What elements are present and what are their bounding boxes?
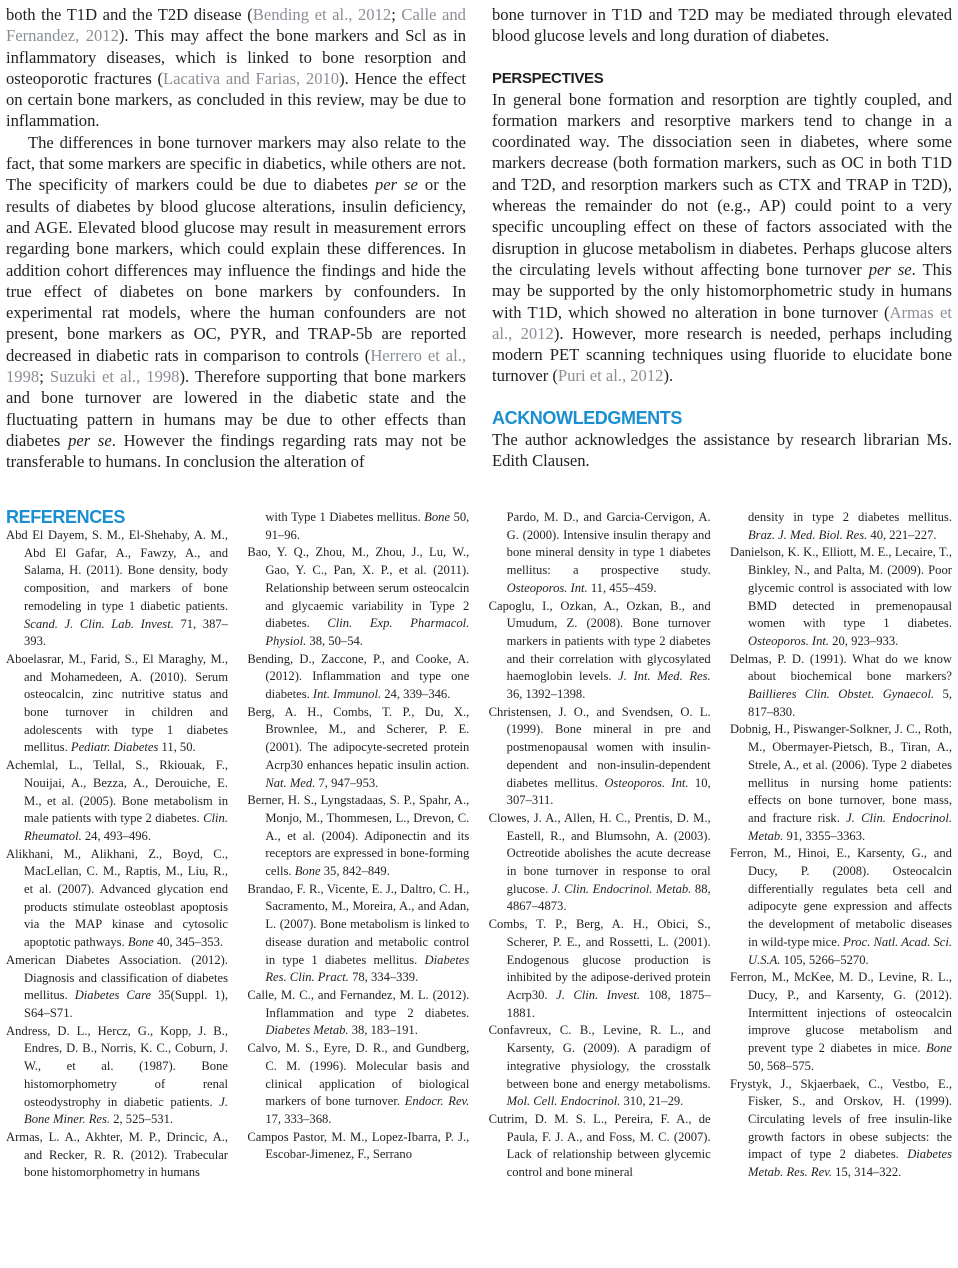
body-text-section: both the T1D and the T2D disease (Bendin…: [6, 4, 952, 473]
reference-entry: Calvo, M. S., Eyre, D. R., and Gundberg,…: [247, 1040, 469, 1129]
reference-entry: Achemlal, L., Tellal, S., Rkiouak, F., N…: [6, 757, 228, 846]
reference-entry: Combs, T. P., Berg, A. H., Obici, S., Sc…: [489, 916, 711, 1022]
citation-link[interactable]: Suzuki et al., 1998: [50, 367, 180, 386]
reference-entry: Bao, Y. Q., Zhou, M., Zhou, J., Lu, W., …: [247, 544, 469, 650]
references-section: REFERENCES Abd El Dayem, S. M., El-Sheha…: [6, 505, 952, 1182]
reference-entry: Campos Pastor, M. M., Lopez-Ibarra, P. J…: [247, 1129, 469, 1164]
perspectives-heading: PERSPECTIVES: [492, 68, 952, 89]
paragraph: The differences in bone turnover markers…: [6, 132, 466, 473]
reference-entry: Confavreux, C. B., Levine, R. L., and Ka…: [489, 1022, 711, 1111]
reference-entry: Abd El Dayem, S. M., El-Shehaby, A. M., …: [6, 527, 228, 651]
reference-entry: Aboelasrar, M., Farid, S., El Maraghy, M…: [6, 651, 228, 757]
reference-entry: Capoglu, I., Ozkan, A., Ozkan, B., and U…: [489, 598, 711, 704]
references-column-2: with Type 1 Diabetes mellitus. Bone 50, …: [247, 505, 469, 1182]
reference-entry: Dobnig, H., Piswanger-Solkner, J. C., Ro…: [730, 721, 952, 845]
reference-entry: Christensen, J. O., and Svendsen, O. L. …: [489, 704, 711, 810]
reference-entry: Berg, A. H., Combs, T. P., Du, X., Brown…: [247, 704, 469, 793]
citation-link[interactable]: Puri et al., 2012: [558, 366, 664, 385]
left-column: both the T1D and the T2D disease (Bendin…: [6, 4, 466, 473]
reference-continuation: Pardo, M. D., and Garcia-Cervigon, A. G.…: [489, 509, 711, 598]
reference-entry: Andress, D. L., Hercz, G., Kopp, J. B., …: [6, 1023, 228, 1129]
reference-entry: American Diabetes Association. (2012). D…: [6, 952, 228, 1023]
citation-link[interactable]: Bending et al., 2012: [253, 5, 391, 24]
reference-entry: Delmas, P. D. (1991). What do we know ab…: [730, 651, 952, 722]
paragraph: bone turnover in T1D and T2D may be medi…: [492, 4, 952, 47]
reference-entry: Alikhani, M., Alikhani, Z., Boyd, C., Ma…: [6, 846, 228, 952]
reference-entry: Armas, L. A., Akhter, M. P., Drincic, A.…: [6, 1129, 228, 1182]
reference-entry: Clowes, J. A., Allen, H. C., Prentis, D.…: [489, 810, 711, 916]
reference-entry: Frystyk, J., Skjaerbaek, C., Vestbo, E.,…: [730, 1076, 952, 1182]
references-column-3: Pardo, M. D., and Garcia-Cervigon, A. G.…: [489, 505, 711, 1182]
references-heading: REFERENCES: [6, 505, 228, 529]
references-column-4: density in type 2 diabetes mellitus. Bra…: [730, 505, 952, 1182]
reference-continuation: with Type 1 Diabetes mellitus. Bone 50, …: [247, 509, 469, 544]
reference-entry: Brandao, F. R., Vicente, E. J., Daltro, …: [247, 881, 469, 987]
acknowledgments-text: The author acknowledges the assistance b…: [492, 429, 952, 472]
acknowledgments-heading: ACKNOWLEDGMENTS: [492, 407, 952, 429]
reference-entry: Cutrim, D. M. S. L., Pereira, F. A., de …: [489, 1111, 711, 1182]
reference-entry: Ferron, M., McKee, M. D., Levine, R. L.,…: [730, 969, 952, 1075]
paragraph: both the T1D and the T2D disease (Bendin…: [6, 4, 466, 132]
reference-entry: Ferron, M., Hinoi, E., Karsenty, G., and…: [730, 845, 952, 969]
paragraph: In general bone formation and resorption…: [492, 89, 952, 387]
citation-link[interactable]: Lacativa and Farias, 2010: [163, 69, 339, 88]
reference-entry: Danielson, K. K., Elliott, M. E., Lecair…: [730, 544, 952, 650]
reference-entry: Bending, D., Zaccone, P., and Cooke, A. …: [247, 651, 469, 704]
reference-entry: Berner, H. S., Lyngstadaas, S. P., Spahr…: [247, 792, 469, 881]
right-column: bone turnover in T1D and T2D may be medi…: [492, 4, 952, 473]
reference-continuation: density in type 2 diabetes mellitus. Bra…: [730, 509, 952, 544]
reference-entry: Calle, M. C., and Fernandez, M. L. (2012…: [247, 987, 469, 1040]
references-column-1: REFERENCES Abd El Dayem, S. M., El-Sheha…: [6, 505, 228, 1182]
